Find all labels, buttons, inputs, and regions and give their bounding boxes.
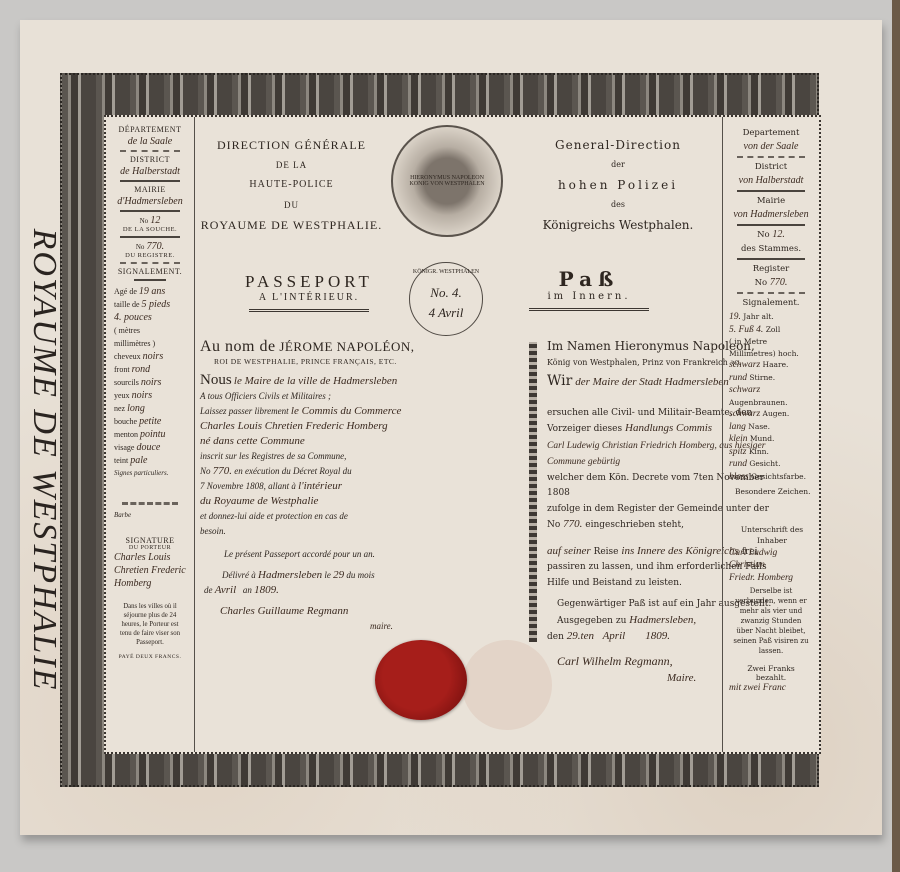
eyes-value: noirs bbox=[132, 390, 153, 401]
forehead-label-de: Stirne. bbox=[749, 373, 775, 382]
left-stub-column: DÉPARTEMENT de la Saale DISTRICT de Halb… bbox=[106, 117, 195, 752]
issuer-fr: le Maire de la ville de Hadmersleben bbox=[234, 375, 397, 387]
mairie-value-de: von Hadmersleben bbox=[733, 209, 808, 220]
header-fr-line-2: DE LA bbox=[194, 155, 389, 175]
delivered-label: Délivré à bbox=[222, 570, 256, 580]
bearer-signature-de-3: Friedr. Homberg bbox=[729, 573, 793, 583]
register-no-de: 770. bbox=[563, 518, 582, 530]
delivered-place: Hadmersleben bbox=[258, 569, 322, 581]
height-label: taille de bbox=[114, 300, 140, 309]
signalement-label: SIGNALEMENT. bbox=[110, 267, 190, 276]
divider bbox=[737, 190, 805, 192]
month-pre-label: de bbox=[204, 585, 213, 595]
registre-number: 770. bbox=[147, 241, 165, 252]
body-fr-line-6: en exécution du Décret Royal du bbox=[234, 466, 351, 476]
divider bbox=[120, 262, 180, 264]
header-german: General-Direction der hohen Polizei des … bbox=[523, 135, 713, 235]
registre-label: DU REGISTRE. bbox=[110, 252, 190, 259]
title-fr-main: PASSEPORT bbox=[214, 272, 404, 292]
header-fr-line-1: DIRECTION GÉNÉRALE bbox=[194, 135, 389, 155]
souche-number: 12 bbox=[150, 215, 160, 226]
height-inches-value: 4. pouces bbox=[114, 312, 152, 323]
age-label-de: Jahr alt. bbox=[743, 312, 774, 321]
travel-hand-de: auf seiner bbox=[547, 545, 591, 557]
age-value-de: 19. bbox=[729, 312, 741, 322]
body-fr-line-1: A tous Officiers Civils et Militaires ; bbox=[200, 389, 525, 404]
metre-label-de: ( in Metre bbox=[729, 337, 767, 346]
header-de-line-5: Königreichs Westphalen. bbox=[523, 215, 713, 235]
forehead-value: rond bbox=[132, 364, 151, 375]
eyebrows-label-de: Augenbraunen. bbox=[729, 398, 788, 407]
center-ornament-divider bbox=[529, 342, 537, 642]
bearer-occupation-fr: le Commis du Commerce bbox=[291, 405, 402, 417]
souche-no-prefix: No bbox=[140, 217, 149, 225]
divider bbox=[120, 150, 180, 152]
stamm-no-prefix: No bbox=[757, 230, 770, 240]
nose-label: nez bbox=[114, 404, 125, 413]
fee-handwritten-de: mit zwei Franc bbox=[729, 683, 786, 693]
district-value-de: von Halberstadt bbox=[739, 175, 804, 186]
face-value-de: rund bbox=[729, 459, 747, 469]
eyes-label-de: Augen. bbox=[763, 409, 790, 418]
right-stub-column: Departement von der Saale District von H… bbox=[722, 117, 819, 752]
hair-label-de: Haare. bbox=[763, 360, 789, 369]
registre-no-prefix: No bbox=[136, 243, 145, 251]
registration-stamp: KÖNIGR. WESTPHALEN No. 4. 4 Avril bbox=[409, 262, 483, 336]
bearer-signature-line-1: Charles Louis bbox=[114, 552, 170, 563]
header-de-line-2: der bbox=[523, 155, 713, 175]
beard-label: Barbe bbox=[114, 511, 131, 519]
king-name-fr: JÉROME NAPOLÉON, bbox=[279, 339, 414, 354]
complexion-label-de: Gesichtsfarbe. bbox=[751, 472, 806, 481]
delivered-day: 29 bbox=[333, 569, 344, 581]
visa-note-de: Derselbe ist verbunden, wenn er mehr als… bbox=[727, 586, 815, 656]
destination-fr: l'intérieur bbox=[298, 480, 342, 492]
title-french: PASSEPORT A L'INTÉRIEUR. bbox=[214, 272, 404, 312]
chin-value-de: spitz bbox=[729, 447, 746, 457]
district-value: de Halberstadt bbox=[120, 166, 180, 177]
picture-frame-edge bbox=[892, 0, 900, 872]
divider bbox=[737, 258, 805, 260]
age-label: Agé de bbox=[114, 287, 137, 296]
body-fr-line-10: besoin. bbox=[200, 524, 525, 539]
royal-seal-stamp: HIERONYMUS NAPOLEON KONIG VON WESTPHALEN bbox=[391, 125, 503, 237]
mouth-label: bouche bbox=[114, 417, 137, 426]
au-nom-label: Au nom de bbox=[200, 338, 276, 355]
issued-year: 1809. bbox=[645, 630, 670, 642]
mairie-label-de: Mairie bbox=[727, 195, 815, 207]
validity-fr: Le présent Passeport accordé pour un an. bbox=[200, 547, 525, 562]
month-label: du mois bbox=[346, 570, 374, 580]
nose-value: long bbox=[127, 403, 145, 414]
signalement-label-de: Signalement. bbox=[727, 297, 815, 309]
department-value: de la Saale bbox=[128, 136, 172, 147]
district-label-de: District bbox=[727, 161, 815, 173]
mouth-value-de: klein bbox=[729, 434, 747, 444]
issuer-de: der Maire der Stadt Hadmersleben bbox=[575, 376, 729, 388]
divider bbox=[120, 210, 180, 212]
bearer-signature-de-2: Christian bbox=[729, 560, 765, 570]
bearer-signature-de-1: Carl Ludwig bbox=[729, 548, 777, 558]
document-body: DÉPARTEMENT de la Saale DISTRICT de Halb… bbox=[104, 115, 821, 754]
special-marks-label: Signes particuliers. bbox=[114, 469, 168, 477]
issued-day: 29.ten bbox=[567, 630, 594, 642]
mayor-signature-de: Carl Wilhelm Regmann, bbox=[557, 654, 673, 668]
day-label-de: den bbox=[547, 632, 564, 642]
mayor-title-fr: maire. bbox=[370, 621, 393, 631]
mayor-signature-fr: Charles Guillaume Regmann bbox=[220, 605, 348, 617]
mayor-title-de: Maire. bbox=[667, 672, 696, 684]
stamm-label: des Stammes. bbox=[727, 243, 815, 255]
mouth-label-de: Mund. bbox=[750, 434, 775, 443]
mouth-value: petite bbox=[139, 416, 161, 427]
eyebrows-value-de: schwarz bbox=[729, 385, 760, 395]
mairie-label: MAIRIE bbox=[110, 185, 190, 194]
department-label: DÉPARTEMENT bbox=[110, 125, 190, 134]
chin-label: menton bbox=[114, 430, 138, 439]
header-de-line-4: des bbox=[523, 195, 713, 215]
delivered-year: 1809. bbox=[254, 584, 279, 596]
district-label: DISTRICT bbox=[110, 155, 190, 164]
height-feet-value: 5 pieds bbox=[142, 299, 171, 310]
mairie-value: d'Hadmersleben bbox=[117, 196, 182, 207]
height-value-de: 5. Fuß 4. bbox=[729, 325, 763, 335]
issued-label: Ausgegeben zu bbox=[557, 616, 626, 626]
bearer-occupation-de: Handlungs Commis bbox=[625, 422, 712, 434]
body-fr-line-9: et donnez-lui aide et protection en cas … bbox=[200, 509, 525, 524]
special-marks-label-de: Besondere Zeichen. bbox=[727, 486, 815, 498]
margin-script-text: ROYAUME DE WESTPHALIE bbox=[25, 229, 63, 692]
chin-label-de: Kinn. bbox=[749, 447, 769, 456]
register-number-de-col: 770. bbox=[770, 277, 788, 288]
french-text: Au nom de JÉROME NAPOLÉON, ROI DE WESTPH… bbox=[200, 339, 525, 634]
complexion-label: teint bbox=[114, 456, 128, 465]
hair-value-de: schwarz bbox=[729, 360, 760, 370]
body-fr-line-2: Laissez passer librement bbox=[200, 406, 289, 416]
department-label-de: Departement bbox=[727, 127, 815, 139]
divider bbox=[122, 502, 178, 505]
stamp-number: No. 4. bbox=[410, 285, 482, 301]
divider bbox=[120, 180, 180, 182]
eyes-value-de: schwarz bbox=[729, 409, 760, 419]
stamp-date: 4 Avril bbox=[410, 305, 482, 321]
title-underline bbox=[529, 308, 649, 311]
paper-stain bbox=[462, 640, 552, 730]
chin-value: pointu bbox=[140, 429, 166, 440]
eyebrows-label: sourcils bbox=[114, 378, 139, 387]
title-de-main: Paß bbox=[504, 267, 674, 291]
day-label: le bbox=[324, 570, 331, 580]
body-fr-line-7: 7 Novembre 1808, allant à bbox=[200, 481, 296, 491]
title-underline bbox=[249, 309, 369, 312]
register-no-fr: 770. bbox=[213, 465, 232, 477]
fee-label-de: Zwei Franks bezahlt. bbox=[727, 664, 815, 682]
age-value: 19 ans bbox=[139, 286, 165, 297]
issued-month: April bbox=[603, 630, 626, 642]
millimetres-label: millimètres ) bbox=[114, 339, 155, 348]
bearer-name-fr: Charles Louis Chretien Frederic Homberg bbox=[200, 420, 388, 432]
body-de-line-2: Vorzeiger dieses bbox=[547, 424, 622, 434]
title-de-sub: im Innern. bbox=[504, 291, 674, 302]
reise-label: Reise bbox=[594, 547, 619, 557]
delivered-month: Avril bbox=[215, 584, 236, 596]
header-fr-line-3: HAUTE-POLICE bbox=[194, 175, 389, 195]
department-value-de: von der Saale bbox=[744, 141, 799, 152]
destination-kingdom-fr: du Royaume de Westphalie bbox=[200, 495, 318, 507]
signalement-list: Agé de 19 ans taille de 5 pieds 4. pouce… bbox=[110, 285, 190, 480]
eyebrows-value: noirs bbox=[141, 377, 162, 388]
title-fr-sub: A L'INTÉRIEUR. bbox=[214, 292, 404, 303]
divider bbox=[737, 156, 805, 158]
height-label-de: Zoll bbox=[766, 325, 781, 334]
header-fr-line-5: ROYAUME DE WESTPHALIE. bbox=[194, 215, 389, 235]
wir-label: Wir bbox=[547, 373, 572, 389]
fee-label: PAYÉ DEUX FRANCS. bbox=[110, 654, 190, 660]
metres-label: ( mètres bbox=[114, 326, 140, 335]
im-namen-label: Im Namen bbox=[547, 339, 611, 353]
bearer-birthplace-fr: né dans cette Commune bbox=[200, 435, 305, 447]
divider bbox=[134, 279, 166, 281]
complexion-value-de: blass bbox=[729, 472, 749, 482]
king-titles-fr: ROI DE WESTPHALIE, PRINCE FRANÇAIS, ETC. bbox=[200, 354, 525, 369]
header-fr-line-4: DU bbox=[194, 195, 389, 215]
complexion-value: pale bbox=[130, 455, 147, 466]
red-wax-seal bbox=[375, 640, 467, 720]
forehead-label: front bbox=[114, 365, 130, 374]
title-german: Paß im Innern. bbox=[504, 267, 674, 311]
eyes-label: yeux bbox=[114, 391, 130, 400]
divider bbox=[737, 224, 805, 226]
register-label-de: Register bbox=[727, 263, 815, 275]
body-fr-line-5: inscrit sur les Registres de sa Commune, bbox=[200, 449, 525, 464]
seal-inscription: HIERONYMUS NAPOLEON KONIG VON WESTPHALEN bbox=[402, 175, 492, 187]
souche-label: DE LA SOUCHE. bbox=[110, 226, 190, 233]
face-value: douce bbox=[136, 442, 160, 453]
visa-note: Dans les villes où il séjourne plus de 2… bbox=[110, 602, 190, 647]
issued-place: Hadmersleben, bbox=[629, 614, 696, 626]
forehead-value-de: rund bbox=[729, 373, 747, 383]
hair-value: noirs bbox=[143, 351, 164, 362]
millimetre-label-de: Millimetres) hoch. bbox=[729, 349, 799, 358]
hair-label: cheveux bbox=[114, 352, 141, 361]
register-no-prefix-de-col: No bbox=[755, 278, 768, 288]
header-de-line-1: General-Direction bbox=[523, 135, 713, 155]
register-no-prefix-de: No bbox=[547, 520, 560, 530]
bearer-signature-line-2: Chretien Frederic bbox=[114, 565, 186, 576]
nose-value-de: lang bbox=[729, 422, 746, 432]
header-de-line-3: hohen Polizei bbox=[523, 175, 713, 195]
signature-label-de: Unterschrift des Inhaber bbox=[727, 524, 815, 547]
nose-label-de: Nase. bbox=[748, 422, 770, 431]
year-label: an bbox=[243, 585, 252, 595]
face-label-de: Gesicht. bbox=[749, 459, 780, 468]
signalement-list-de: 19. Jahr alt. 5. Fuß 4. Zoll ( in Metre … bbox=[727, 311, 815, 498]
nous-label: Nous bbox=[200, 372, 232, 388]
face-label: visage bbox=[114, 443, 134, 452]
bearer-signature-line-3: Homberg bbox=[114, 578, 151, 589]
divider bbox=[120, 236, 180, 238]
register-no-prefix-fr: No bbox=[200, 466, 211, 476]
header-french: DIRECTION GÉNÉRALE DE LA HAUTE-POLICE DU… bbox=[194, 135, 389, 235]
body-de-line-6: eingeschrieben steht, bbox=[585, 520, 684, 530]
signature-label: SIGNATURE bbox=[110, 536, 190, 545]
stamp-inscription: KÖNIGR. WESTPHALEN bbox=[410, 269, 482, 275]
divider bbox=[737, 292, 805, 294]
stamm-number: 12. bbox=[772, 229, 785, 240]
